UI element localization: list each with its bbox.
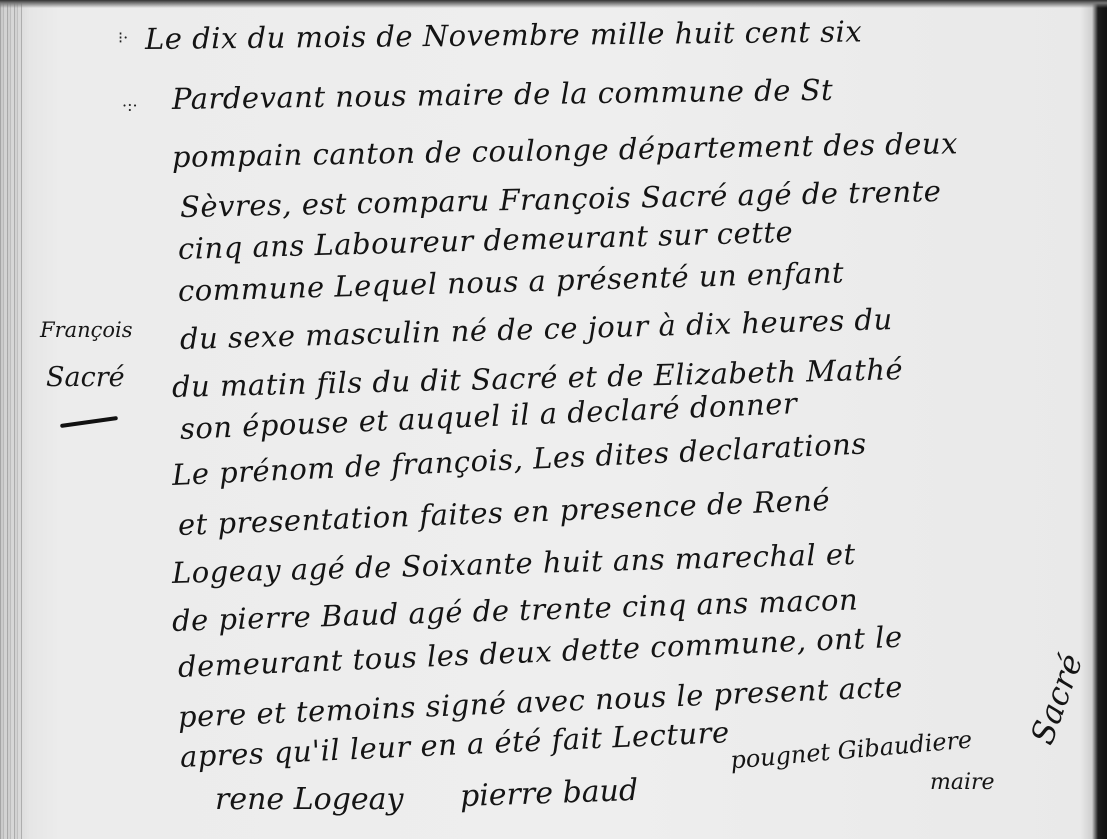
signature-father: Sacré [1023,649,1091,750]
text-line-12: Logeay agé de Soixante huit ans marechal… [172,537,857,590]
text-line-7: du sexe masculin né de ce jour à dix heu… [180,302,894,356]
page-binding [0,0,22,839]
margin-dots: ·:· [122,96,138,115]
signature-mayor: pougnet Gibaudiere [729,725,973,774]
mayor-title: maire [930,770,995,795]
margin-underline [60,416,118,428]
text-line-11: et presentation faites en presence de Re… [177,483,830,542]
text-line-4: Sèvres, est comparu François Sacré agé d… [180,174,942,224]
text-line-1: Le dix du mois de Novembre mille huit ce… [145,14,862,56]
signature-witness-rene-logeay: rene Logeay [215,782,403,817]
signature-witness-pierre-baud: pierre baud [459,773,638,814]
text-line-3: pompain canton de coulonge département d… [172,126,958,174]
text-line-5: cinq ans Laboureur demeurant sur cette [178,215,794,266]
register-page: ⁝· ·:· François Sacré Le dix du mois de … [0,0,1107,839]
page-top-edge [0,0,1107,8]
margin-dots: ⁝· [118,28,128,47]
margin-last-name: Sacré [46,362,125,393]
text-line-2: Pardevant nous maire de la commune de St [172,73,834,116]
margin-first-name: François [40,318,133,342]
text-line-6: commune Lequel nous a présenté un enfant [178,255,845,308]
